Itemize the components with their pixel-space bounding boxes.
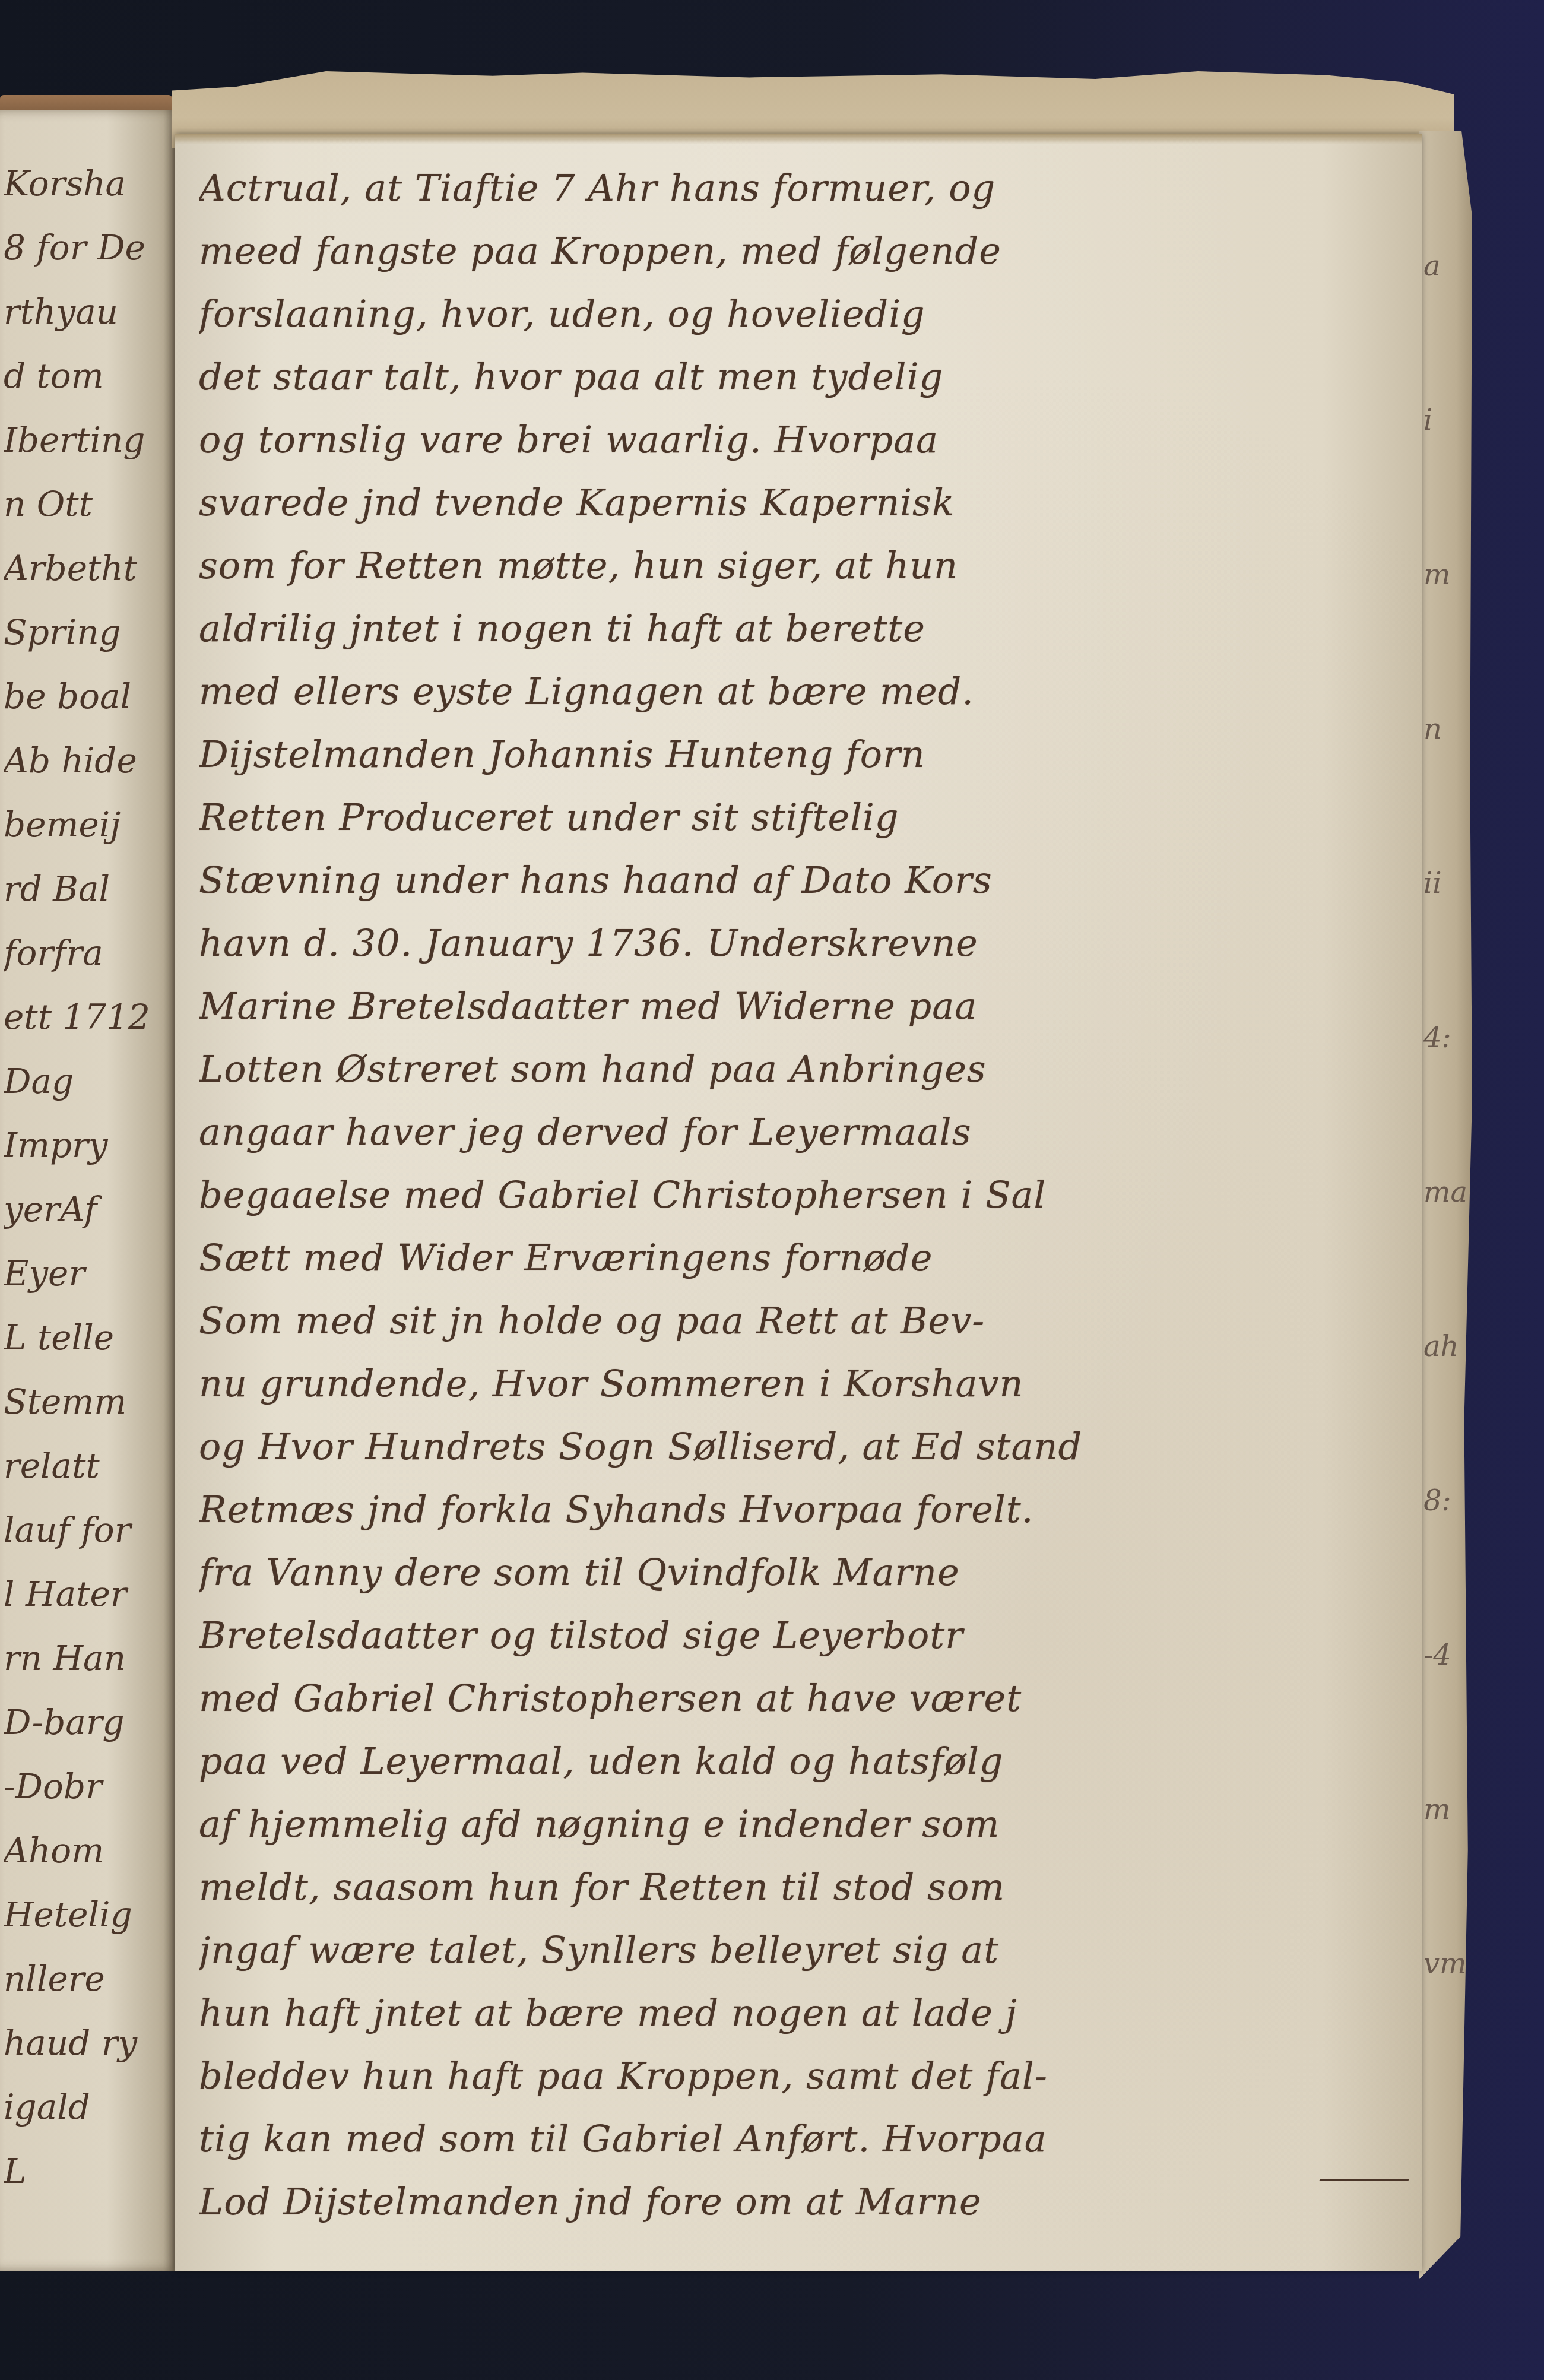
right-margin-mark: 4: (1423, 1021, 1451, 1054)
manuscript-line: aldrilig jntet i nogen ti haft at berett… (199, 607, 1404, 650)
left-page-line-fragment: lauf for (4, 1510, 173, 1550)
right-margin-mark: ii (1423, 867, 1442, 900)
manuscript-page: Actrual, at Tiaftie 7 Ahr hans formuer, … (175, 134, 1422, 2271)
left-page-line-fragment: d tom (4, 356, 173, 396)
right-margin-mark: vm (1423, 1947, 1467, 1980)
page-top-edge (175, 134, 1422, 144)
manuscript-line: Actrual, at Tiaftie 7 Ahr hans formuer, … (199, 166, 1404, 210)
manuscript-line: Retten Produceret under sit stiftelig (199, 796, 1404, 839)
left-page-line-fragment: n Ott (4, 484, 173, 524)
right-margin-mark: -4 (1423, 1639, 1451, 1672)
right-margin-mark: m (1423, 1793, 1451, 1826)
manuscript-line: angaar haver jeg derved for Leyermaals (199, 1110, 1404, 1153)
left-page-line-fragment: l Hater (4, 1574, 173, 1614)
left-page-line-fragment: Iberting (4, 420, 173, 460)
manuscript-line: Dijstelmanden Johannis Hunteng forn (199, 733, 1404, 776)
left-page-line-fragment: Arbetht (4, 548, 173, 588)
right-margin-mark: 8: (1423, 1484, 1451, 1517)
manuscript-line: hun haft jntet at bære med nogen at lade… (199, 1991, 1404, 2034)
left-page-line-fragment: be boal (4, 676, 173, 717)
manuscript-line: meldt, saasom hun for Retten til stod so… (199, 1865, 1404, 1909)
left-page-line-fragment: yerAf (4, 1189, 173, 1229)
manuscript-line: Som med sit jn holde og paa Rett at Bev- (199, 1299, 1404, 1342)
left-page-line-fragment: L telle (4, 1317, 173, 1358)
left-page-line-fragment: Impry (4, 1125, 173, 1165)
left-page-line-fragment: ett 1712 (4, 997, 173, 1037)
manuscript-line: Lotten Østreret som hand paa Anbringes (199, 1047, 1404, 1091)
manuscript-line: og tornslig vare brei waarlig. Hvorpaa (199, 418, 1404, 461)
left-page-line-fragment: L (4, 2151, 173, 2191)
right-margin-mark: i (1423, 404, 1432, 437)
left-page-line-fragment: Spring (4, 612, 173, 652)
left-page-line-fragment: 8 for De (4, 227, 173, 268)
manuscript-line: med ellers eyste Lignagen at bære med. (199, 670, 1404, 713)
left-facing-page: Korsha8 for Derthyaud tomIbertingn OttAr… (0, 110, 178, 2271)
manuscript-line: jngaf wære talet, Synllers belleyret sig… (199, 1928, 1404, 1972)
right-margin-mark: ma (1423, 1175, 1467, 1209)
left-page-line-fragment: Eyer (4, 1253, 173, 1294)
manuscript-line: Sætt med Wider Erværingens fornøde (199, 1236, 1404, 1279)
manuscript-line: af hjemmelig afd nøgning e indender som (199, 1802, 1404, 1846)
left-page-line-fragment: relatt (4, 1446, 173, 1486)
manuscript-line: bleddev hun haft paa Kroppen, samt det f… (199, 2054, 1404, 2097)
manuscript-line: og Hvor Hundrets Sogn Sølliserd, at Ed s… (199, 1425, 1404, 1468)
manuscript-line: Retmæs jnd forkla Syhands Hvorpaa forelt… (199, 1488, 1404, 1531)
manuscript-line: begaaelse med Gabriel Christophersen i S… (199, 1173, 1404, 1216)
left-page-line-fragment: Ahom (4, 1830, 173, 1871)
manuscript-line: det staar talt, hvor paa alt men tydelig (199, 355, 1404, 398)
manuscript-line: Bretelsdaatter og tilstod sige Leyerbotr (199, 1614, 1404, 1657)
left-page-line-fragment: Korsha (4, 163, 173, 204)
torn-page-stack-right: aimnii4:maah8:-4mvm (1419, 131, 1472, 2280)
manuscript-line: forslaaning, hvor, uden, og hoveliedig (199, 292, 1404, 335)
manuscript-line: med Gabriel Christophersen at have været (199, 1677, 1404, 1720)
right-margin-mark: a (1423, 249, 1441, 283)
right-margin-mark: m (1423, 558, 1451, 591)
left-page-line-fragment: D-barg (4, 1702, 173, 1742)
left-page-line-fragment: Dag (4, 1061, 173, 1101)
left-page-line-fragment: forfra (4, 933, 173, 973)
left-page-line-fragment: haud ry (4, 2023, 173, 2063)
manuscript-line: som for Retten møtte, hun siger, at hun (199, 544, 1404, 587)
manuscript-line: Stævning under hans haand af Dato Kors (199, 858, 1404, 902)
manuscript-line: svarede jnd tvende Kapernis Kapernisk (199, 481, 1404, 524)
left-page-line-fragment: rthyau (4, 291, 173, 332)
manuscript-line: tig kan med som til Gabriel Anført. Hvor… (199, 2117, 1404, 2160)
left-page-line-fragment: igald (4, 2087, 173, 2127)
manuscript-line: Lod Dijstelmanden jnd fore om at Marne (199, 2180, 1404, 2223)
right-margin-mark: n (1423, 712, 1442, 746)
left-page-line-fragment: rd Bal (4, 869, 173, 909)
left-page-line-fragment: Hetelig (4, 1894, 173, 1935)
manuscript-line: Marine Bretelsdaatter med Widerne paa (199, 984, 1404, 1028)
manuscript-line: paa ved Leyermaal, uden kald og hatsfølg (199, 1739, 1404, 1783)
left-page-line-fragment: rn Han (4, 1638, 173, 1678)
manuscript-line: havn d. 30. January 1736. Underskrevne (199, 921, 1404, 965)
manuscript-line: fra Vanny dere som til Qvindfolk Marne (199, 1551, 1404, 1594)
manuscript-line: nu grundende, Hvor Sommeren i Korshavn (199, 1362, 1404, 1405)
right-margin-mark: ah (1423, 1330, 1459, 1363)
left-page-line-fragment: Ab hide (4, 740, 173, 781)
left-page-line-fragment: -Dobr (4, 1766, 173, 1807)
left-page-line-fragment: bemeij (4, 804, 173, 845)
left-page-line-fragment: nllere (4, 1958, 173, 1999)
closing-flourish (1319, 2161, 1418, 2181)
left-page-line-fragment: Stemm (4, 1381, 173, 1422)
manuscript-line: meed fangste paa Kroppen, med følgende (199, 229, 1404, 272)
